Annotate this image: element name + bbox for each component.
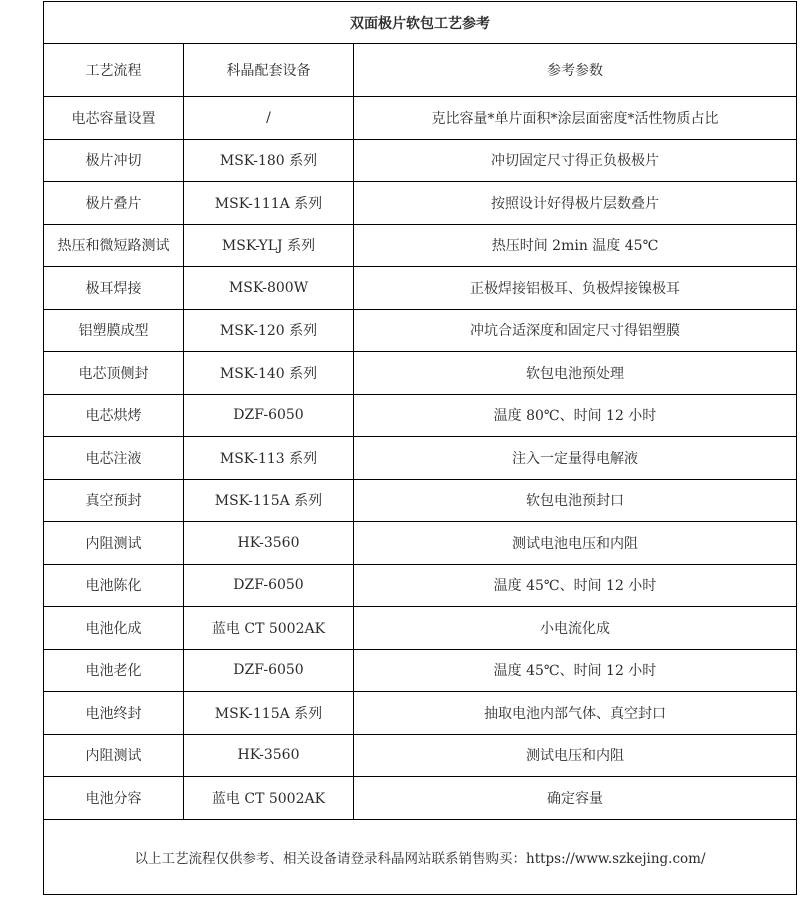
params-cell: 温度 80℃、时间 12 小时 — [354, 394, 797, 437]
equipment-cell: HK-3560 — [184, 522, 354, 565]
table-title-row: 双面极片软包工艺参考 — [44, 2, 797, 44]
params-cell: 温度 45℃、时间 12 小时 — [354, 564, 797, 607]
table-row: 电芯注液 MSK-113 系列 注入一定量得电解液 — [44, 437, 797, 480]
equipment-cell: / — [184, 97, 354, 140]
params-cell: 克比容量*单片面积*涂层面密度*活性物质占比 — [354, 97, 797, 140]
params-cell: 软包电池预封口 — [354, 479, 797, 522]
table-row: 电池分容 蓝电 CT 5002AK 确定容量 — [44, 777, 797, 820]
process-cell: 真空预封 — [44, 479, 184, 522]
params-cell: 按照设计好得极片层数叠片 — [354, 182, 797, 225]
process-cell: 极耳焊接 — [44, 267, 184, 310]
equipment-cell: MSK-120 系列 — [184, 309, 354, 352]
process-reference-document: 双面极片软包工艺参考 工艺流程 科晶配套设备 参考参数 电芯容量设置 / 克比容… — [43, 1, 796, 895]
process-cell: 电池陈化 — [44, 564, 184, 607]
params-cell: 冲坑合适深度和固定尺寸得铝塑膜 — [354, 309, 797, 352]
table-footer-row: 以上工艺流程仅供参考、相关设备请登录科晶网站联系销售购买：https://www… — [44, 819, 797, 894]
header-equipment: 科晶配套设备 — [184, 44, 354, 97]
params-cell: 测试电压和内阻 — [354, 734, 797, 777]
table-header-row: 工艺流程 科晶配套设备 参考参数 — [44, 44, 797, 97]
process-table: 双面极片软包工艺参考 工艺流程 科晶配套设备 参考参数 电芯容量设置 / 克比容… — [43, 1, 797, 895]
table-row: 电池老化 DZF-6050 温度 45℃、时间 12 小时 — [44, 649, 797, 692]
process-cell: 电池终封 — [44, 692, 184, 735]
equipment-cell: DZF-6050 — [184, 394, 354, 437]
table-row: 电芯顶侧封 MSK-140 系列 软包电池预处理 — [44, 352, 797, 395]
params-cell: 软包电池预处理 — [354, 352, 797, 395]
table-row: 电芯烘烤 DZF-6050 温度 80℃、时间 12 小时 — [44, 394, 797, 437]
equipment-cell: MSK-YLJ 系列 — [184, 224, 354, 267]
footer-note: 以上工艺流程仅供参考、相关设备请登录科晶网站联系销售购买：https://www… — [44, 819, 797, 894]
header-parameters: 参考参数 — [354, 44, 797, 97]
equipment-cell: MSK-800W — [184, 267, 354, 310]
equipment-cell: MSK-180 系列 — [184, 139, 354, 182]
table-row: 极片冲切 MSK-180 系列 冲切固定尺寸得正负极极片 — [44, 139, 797, 182]
equipment-cell: 蓝电 CT 5002AK — [184, 777, 354, 820]
table-row: 电池陈化 DZF-6050 温度 45℃、时间 12 小时 — [44, 564, 797, 607]
params-cell: 小电流化成 — [354, 607, 797, 650]
equipment-cell: MSK-113 系列 — [184, 437, 354, 480]
table-row: 电芯容量设置 / 克比容量*单片面积*涂层面密度*活性物质占比 — [44, 97, 797, 140]
process-cell: 电芯烘烤 — [44, 394, 184, 437]
equipment-cell: DZF-6050 — [184, 564, 354, 607]
table-row: 电池化成 蓝电 CT 5002AK 小电流化成 — [44, 607, 797, 650]
params-cell: 温度 45℃、时间 12 小时 — [354, 649, 797, 692]
table-row: 内阻测试 HK-3560 测试电压和内阻 — [44, 734, 797, 777]
params-cell: 正极焊接铝极耳、负极焊接镍极耳 — [354, 267, 797, 310]
table-title: 双面极片软包工艺参考 — [44, 2, 797, 44]
table-row: 极片叠片 MSK-111A 系列 按照设计好得极片层数叠片 — [44, 182, 797, 225]
process-cell: 铝塑膜成型 — [44, 309, 184, 352]
params-cell: 热压时间 2min 温度 45℃ — [354, 224, 797, 267]
equipment-cell: HK-3560 — [184, 734, 354, 777]
table-row: 铝塑膜成型 MSK-120 系列 冲坑合适深度和固定尺寸得铝塑膜 — [44, 309, 797, 352]
process-cell: 电池老化 — [44, 649, 184, 692]
process-cell: 电芯注液 — [44, 437, 184, 480]
process-cell: 电芯顶侧封 — [44, 352, 184, 395]
process-cell: 内阻测试 — [44, 522, 184, 565]
params-cell: 冲切固定尺寸得正负极极片 — [354, 139, 797, 182]
equipment-cell: 蓝电 CT 5002AK — [184, 607, 354, 650]
process-cell: 电芯容量设置 — [44, 97, 184, 140]
equipment-cell: MSK-115A 系列 — [184, 479, 354, 522]
process-cell: 电池化成 — [44, 607, 184, 650]
table-row: 极耳焊接 MSK-800W 正极焊接铝极耳、负极焊接镍极耳 — [44, 267, 797, 310]
header-process: 工艺流程 — [44, 44, 184, 97]
params-cell: 确定容量 — [354, 777, 797, 820]
process-cell: 热压和微短路测试 — [44, 224, 184, 267]
equipment-cell: MSK-115A 系列 — [184, 692, 354, 735]
table-row: 内阻测试 HK-3560 测试电池电压和内阻 — [44, 522, 797, 565]
table-row: 电池终封 MSK-115A 系列 抽取电池内部气体、真空封口 — [44, 692, 797, 735]
process-cell: 内阻测试 — [44, 734, 184, 777]
params-cell: 测试电池电压和内阻 — [354, 522, 797, 565]
equipment-cell: MSK-140 系列 — [184, 352, 354, 395]
process-cell: 极片冲切 — [44, 139, 184, 182]
equipment-cell: MSK-111A 系列 — [184, 182, 354, 225]
table-row: 真空预封 MSK-115A 系列 软包电池预封口 — [44, 479, 797, 522]
equipment-cell: DZF-6050 — [184, 649, 354, 692]
process-cell: 极片叠片 — [44, 182, 184, 225]
params-cell: 注入一定量得电解液 — [354, 437, 797, 480]
table-row: 热压和微短路测试 MSK-YLJ 系列 热压时间 2min 温度 45℃ — [44, 224, 797, 267]
process-cell: 电池分容 — [44, 777, 184, 820]
params-cell: 抽取电池内部气体、真空封口 — [354, 692, 797, 735]
